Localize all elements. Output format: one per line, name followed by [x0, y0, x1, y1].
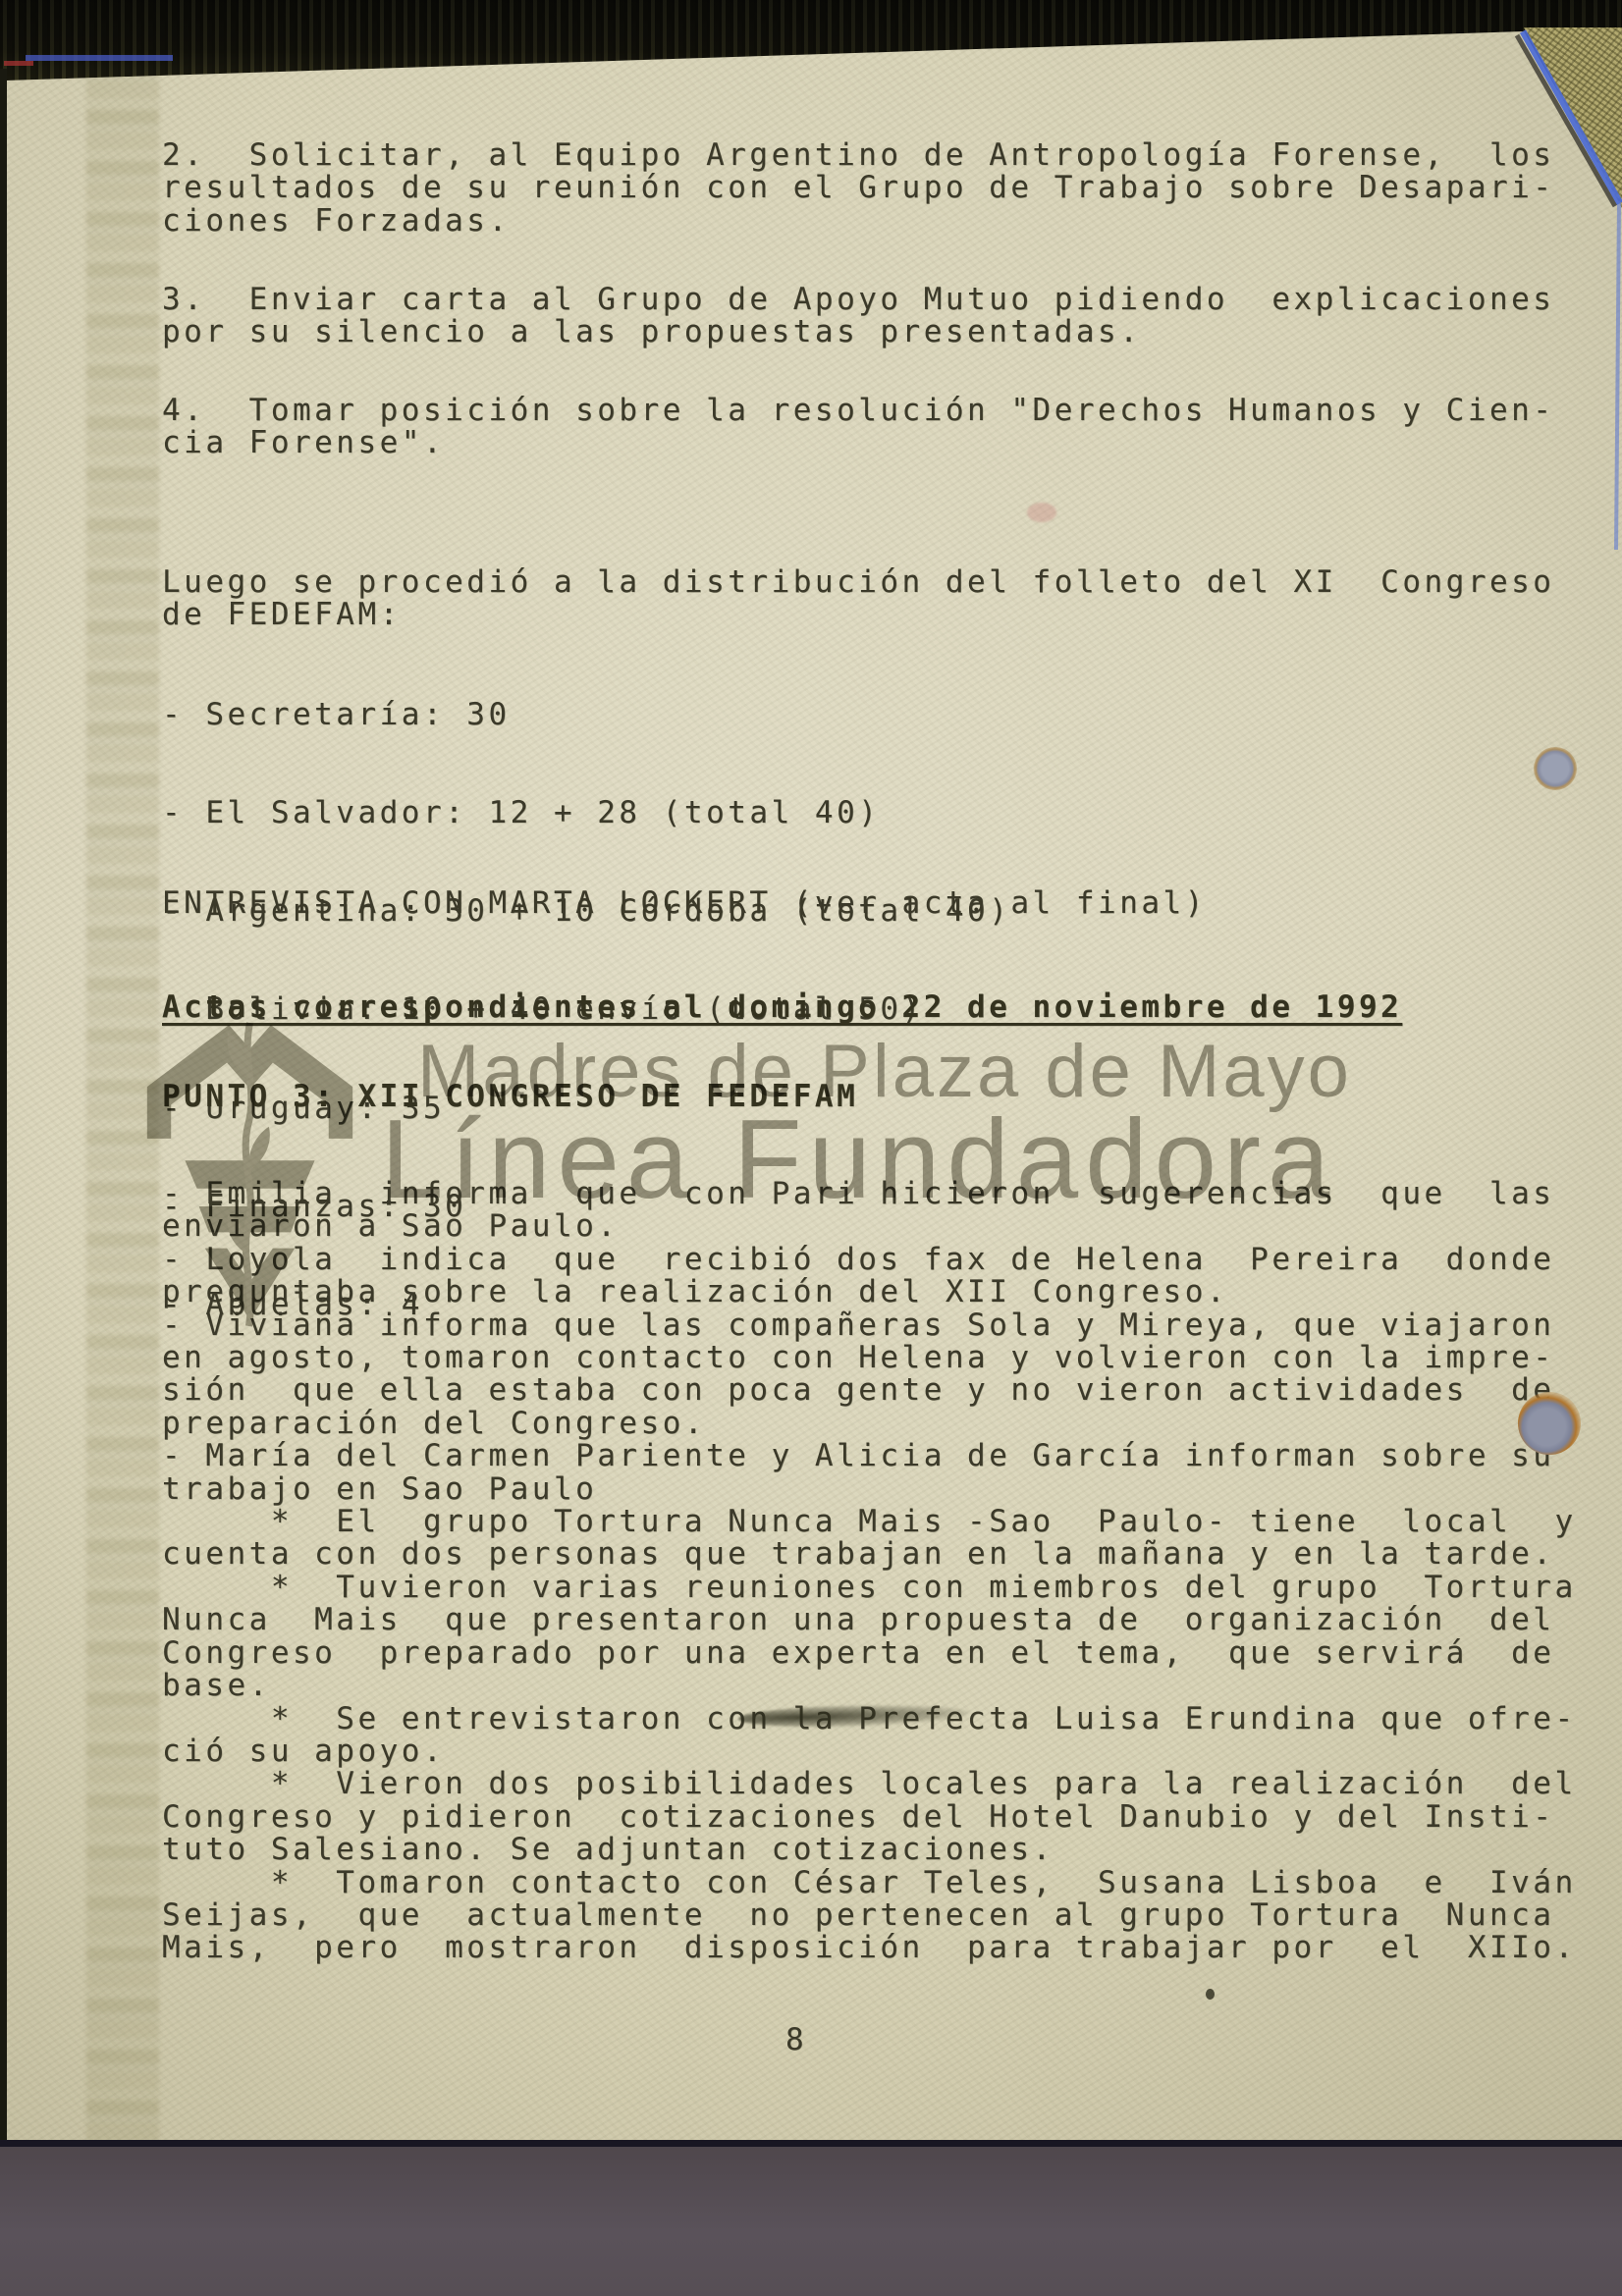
- punch-hole-top: [1534, 747, 1577, 790]
- scan-edge-bottom: [0, 2140, 1622, 2296]
- ink-dot: [1206, 1989, 1215, 2000]
- folleto-distribution-intro: Luego se procedió a la distribución del …: [162, 566, 1554, 632]
- punto3-heading: PUNTO 3: XII CONGRESO DE FEDEFAM: [162, 1081, 858, 1113]
- distribution-item-el-salvador: - El Salvador: 12 + 28 (total 40): [162, 797, 1010, 829]
- agenda-item-2: 2. Solicitar, al Equipo Argentino de Ant…: [162, 139, 1554, 238]
- binding-shadow-strip: [86, 59, 159, 2160]
- scan-streak-red: [4, 61, 33, 66]
- punch-hole-bottom: [1518, 1392, 1581, 1455]
- entrevista-note: ENTREVISTA CON MARTA LOCKERT (ver acta a…: [162, 887, 1207, 920]
- scan-streak-blue: [26, 55, 173, 61]
- agenda-item-4: 4. Tomar posición sobre la resolución "D…: [162, 395, 1554, 460]
- agenda-item-3: 3. Enviar carta al Grupo de Apoyo Mutuo …: [162, 284, 1554, 349]
- scanned-document-page: 2. Solicitar, al Equipo Argentino de Ant…: [0, 0, 1622, 2296]
- distribution-item-secretaria: - Secretaría: 30: [162, 699, 1010, 731]
- actas-date-heading: Actas correspondientes al domingo 22 de …: [162, 991, 1402, 1024]
- page-number: 8: [785, 2024, 807, 2056]
- punto3-body: - Emilia informa que con Pari hicieron s…: [162, 1178, 1577, 1965]
- paper-stain: [1027, 503, 1056, 522]
- scan-edge-left: [0, 69, 7, 2150]
